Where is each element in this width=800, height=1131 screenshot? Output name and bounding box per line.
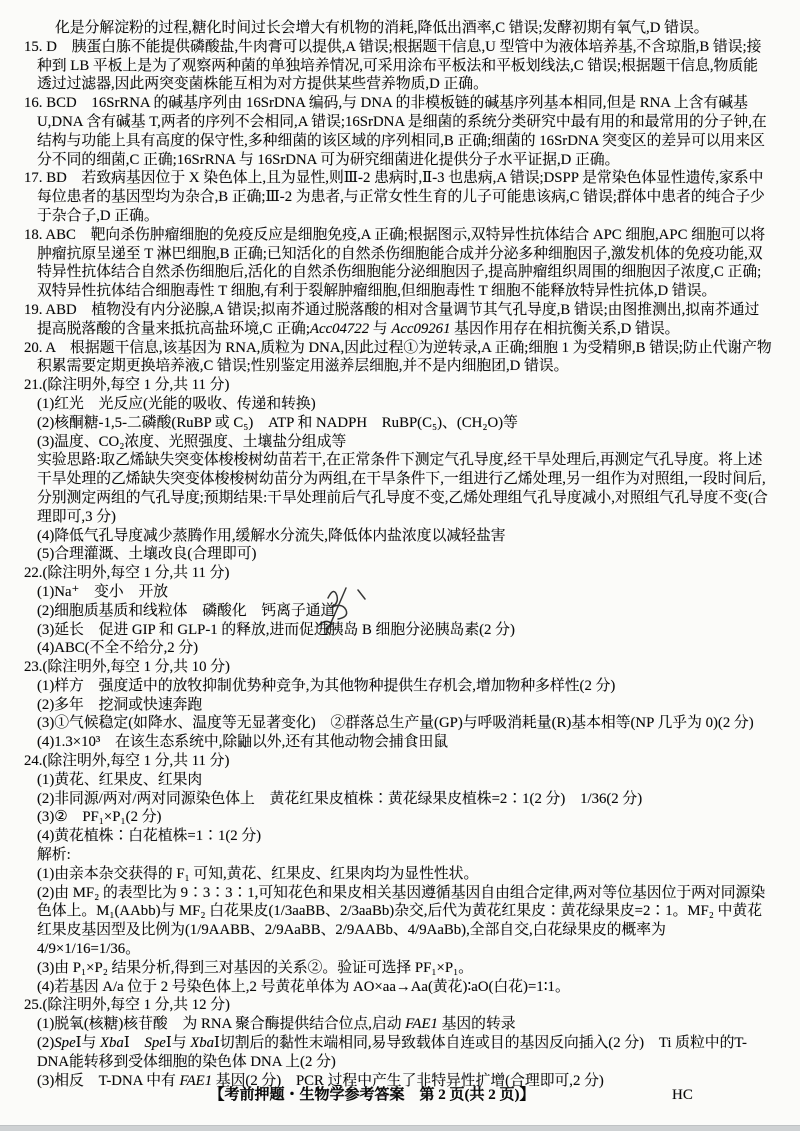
item-text: (除注明外,每空 1 分,共 11 分) bbox=[43, 377, 230, 393]
item-text: (1)脱氧(核糖)核苷酸 为 RNA 聚合酶提供结合位点,启动 FAE1 基因的… bbox=[37, 1016, 516, 1032]
item-text: (2)多年 挖洞或快速奔跑 bbox=[37, 697, 202, 713]
answer-line: (2)由 MF₂ 的表型比为 9∶3∶3∶1,可知花色和果皮相关基因遵循基因自由… bbox=[0, 884, 772, 959]
answer-line: (2)SpeⅠ与 XbaⅠ SpeⅠ与 XbaⅠ切割后的黏性末端相同,易导致载体… bbox=[0, 1034, 772, 1072]
item-text: (4)ABC(不全不给分,2 分) bbox=[37, 640, 198, 656]
item-text: (2)由 MF₂ 的表型比为 9∶3∶3∶1,可知花色和果皮相关基因遵循基因自由… bbox=[37, 885, 765, 957]
item-text: (1)由亲本杂交获得的 F₁ 可知,黄花、红果皮、红果肉均为显性性状。 bbox=[37, 866, 478, 882]
answer-line: (1)脱氧(核糖)核苷酸 为 RNA 聚合酶提供结合位点,启动 FAE1 基因的… bbox=[0, 1015, 772, 1034]
answer-line: (1)由亲本杂交获得的 F₁ 可知,黄花、红果皮、红果肉均为显性性状。 bbox=[0, 865, 772, 884]
page-footer: 【考前押题・生物学参考答案 第 2 页(共 2 页)】 HC bbox=[0, 1086, 800, 1105]
item-number: 21. bbox=[24, 377, 43, 393]
answer-line: (4)黄花植株∶白花植株=1∶1(2 分) bbox=[0, 827, 772, 846]
item-text: (1)Na⁺ 变小 开放 bbox=[37, 584, 168, 600]
item-text: ABC 靶向杀伤肿瘤细胞的免疫反应是细胞免疫,A 正确;根据图示,双特异性抗体结… bbox=[37, 227, 765, 299]
answer-line: (1)黄花、红果皮、红果肉 bbox=[0, 771, 772, 790]
item-text: 化是分解淀粉的过程,糖化时间过长会增大有机物的消耗,降低出酒率,C 错误;发酵初… bbox=[55, 20, 709, 36]
item-text: (1)红光 光反应(光能的吸收、传递和转换) bbox=[37, 396, 316, 412]
item-text: (4)黄花植株∶白花植株=1∶1(2 分) bbox=[37, 828, 261, 844]
footer-title: 【考前押题・生物学参考答案 第 2 页(共 2 页)】 bbox=[210, 1086, 535, 1105]
answer-item: 22.(除注明外,每空 1 分,共 11 分) bbox=[0, 564, 772, 583]
footer-code: HC bbox=[672, 1086, 693, 1105]
item-number: 25. bbox=[24, 997, 43, 1013]
answer-line: (3)①气候稳定(如降水、温度等无显著变化) ②群落总生产量(GP)与呼吸消耗量… bbox=[0, 714, 772, 733]
item-text: (除注明外,每空 1 分,共 11 分) bbox=[43, 753, 230, 769]
item-text: (4)若基因 A/a 位于 2 号染色体上,2 号黄花单体为 AO×aa→Aa(… bbox=[37, 979, 570, 995]
item-text: BCD 16SrRNA 的碱基序列由 16SrDNA 编码,与 DNA 的非模板… bbox=[37, 95, 767, 167]
answer-line: (3)温度、CO₂浓度、光照强度、土壤盐分组成等 bbox=[0, 433, 772, 452]
item-text: 实验思路:取乙烯缺失突变体梭梭树幼苗若干,在正常条件下测定气孔导度,经干旱处理后… bbox=[37, 452, 768, 524]
answer-line: (4)降低气孔导度减少蒸腾作用,缓解水分流失,降低体内盐浓度以减轻盐害 bbox=[0, 527, 772, 546]
answer-line: (3)由 P₁×P₂ 结果分析,得到三对基因的关系②。验证可选择 PF₁×P₁。 bbox=[0, 959, 772, 978]
answer-list: 化是分解淀粉的过程,糖化时间过长会增大有机物的消耗,降低出酒率,C 错误;发酵初… bbox=[0, 0, 800, 1090]
item-number: 18. bbox=[24, 227, 43, 243]
item-text: (1)样方 强度适中的放牧抑制优势种竞争,为其他物种提供生存机会,增加物种多样性… bbox=[37, 678, 615, 694]
answer-line: (3)延长 促进 GIP 和 GLP-1 的释放,进而促进胰岛 B 细胞分泌胰岛… bbox=[0, 621, 772, 640]
item-text: D 胰蛋白胨不能提供磷酸盐,牛肉膏可以提供,A 错误;根据题干信息,U 型管中为… bbox=[37, 39, 761, 93]
answer-item: 25.(除注明外,每空 1 分,共 12 分) bbox=[0, 996, 772, 1015]
item-text: (3)温度、CO₂浓度、光照强度、土壤盐分组成等 bbox=[37, 434, 346, 450]
item-text: BD 若致病基因位于 X 染色体上,且为显性,则Ⅲ-2 患病时,Ⅱ-3 也患病,… bbox=[37, 170, 765, 224]
item-text: (2)细胞质基质和线粒体 磷酸化 钙离子通道 bbox=[37, 603, 335, 619]
item-text: (3)延长 促进 GIP 和 GLP-1 的释放,进而促进胰岛 B 细胞分泌胰岛… bbox=[37, 622, 515, 638]
answer-item: 24.(除注明外,每空 1 分,共 11 分) bbox=[0, 752, 772, 771]
answer-line: 解析: bbox=[0, 846, 772, 865]
answer-item: 20. A 根据题干信息,该基因为 RNA,质粒为 DNA,因此过程①为逆转录,… bbox=[0, 339, 772, 377]
answer-item: 17. BD 若致病基因位于 X 染色体上,且为显性,则Ⅲ-2 患病时,Ⅱ-3 … bbox=[0, 169, 772, 225]
item-text: (除注明外,每空 1 分,共 11 分) bbox=[43, 565, 230, 581]
answer-line: 化是分解淀粉的过程,糖化时间过长会增大有机物的消耗,降低出酒率,C 错误;发酵初… bbox=[0, 19, 772, 38]
answer-line: (1)样方 强度适中的放牧抑制优势种竞争,为其他物种提供生存机会,增加物种多样性… bbox=[0, 677, 772, 696]
answer-line: (2)多年 挖洞或快速奔跑 bbox=[0, 696, 772, 715]
item-text: (除注明外,每空 1 分,共 10 分) bbox=[43, 659, 230, 675]
item-text: (2)核酮糖-1,5-二磷酸(RuBP 或 C₅) ATP 和 NADPH Ru… bbox=[37, 415, 518, 431]
answer-item: 23.(除注明外,每空 1 分,共 10 分) bbox=[0, 658, 772, 677]
item-text: (2)非同源/两对/两对同源染色体上 黄花红果皮植株∶黄花绿果皮植株=2∶1(2… bbox=[37, 791, 642, 807]
answer-line: 实验思路:取乙烯缺失突变体梭梭树幼苗若干,在正常条件下测定气孔导度,经干旱处理后… bbox=[0, 451, 772, 526]
item-text: (2)SpeⅠ与 XbaⅠ SpeⅠ与 XbaⅠ切割后的黏性末端相同,易导致载体… bbox=[37, 1035, 747, 1070]
scan-edge bbox=[0, 1125, 800, 1131]
item-number: 16. bbox=[24, 95, 43, 111]
item-text: (4)降低气孔导度减少蒸腾作用,缓解水分流失,降低体内盐浓度以减轻盐害 bbox=[37, 528, 506, 544]
item-text: (3)①气候稳定(如降水、温度等无显著变化) ②群落总生产量(GP)与呼吸消耗量… bbox=[37, 715, 754, 731]
item-text: (4)1.3×10³ 在该生态系统中,除鼬以外,还有其他动物会捕食田鼠 bbox=[37, 734, 448, 750]
item-text: ABD 植物没有内分泌腺,A 错误;拟南芥通过脱落酸的相对含量调节其气孔导度,B… bbox=[37, 302, 759, 337]
answer-line: (2)非同源/两对/两对同源染色体上 黄花红果皮植株∶黄花绿果皮植株=2∶1(2… bbox=[0, 790, 772, 809]
answer-line: (2)细胞质基质和线粒体 磷酸化 钙离子通道 bbox=[0, 602, 772, 621]
item-text: (3)② PF₁×P₁(2 分) bbox=[37, 809, 161, 825]
item-number: 23. bbox=[24, 659, 43, 675]
item-number: 22. bbox=[24, 565, 43, 581]
answer-line: (3)② PF₁×P₁(2 分) bbox=[0, 808, 772, 827]
answer-item: 19. ABD 植物没有内分泌腺,A 错误;拟南芥通过脱落酸的相对含量调节其气孔… bbox=[0, 301, 772, 339]
document-page: 化是分解淀粉的过程,糖化时间过长会增大有机物的消耗,降低出酒率,C 错误;发酵初… bbox=[0, 0, 800, 1131]
item-text: (3)由 P₁×P₂ 结果分析,得到三对基因的关系②。验证可选择 PF₁×P₁。 bbox=[37, 960, 473, 976]
answer-line: (4)1.3×10³ 在该生态系统中,除鼬以外,还有其他动物会捕食田鼠 bbox=[0, 733, 772, 752]
answer-line: (4)ABC(不全不给分,2 分) bbox=[0, 639, 772, 658]
item-number: 20. bbox=[24, 340, 43, 356]
answer-line: (1)Na⁺ 变小 开放 bbox=[0, 583, 772, 602]
item-number: 17. bbox=[24, 170, 43, 186]
item-number: 15. bbox=[24, 39, 43, 55]
answer-item: 21.(除注明外,每空 1 分,共 11 分) bbox=[0, 376, 772, 395]
item-text: (除注明外,每空 1 分,共 12 分) bbox=[43, 997, 230, 1013]
answer-line: (5)合理灌溉、土壤改良(合理即可) bbox=[0, 545, 772, 564]
item-text: 解析: bbox=[37, 847, 71, 863]
item-number: 19. bbox=[24, 302, 43, 318]
answer-line: (1)红光 光反应(光能的吸收、传递和转换) bbox=[0, 395, 772, 414]
answer-line: (2)核酮糖-1,5-二磷酸(RuBP 或 C₅) ATP 和 NADPH Ru… bbox=[0, 414, 772, 433]
answer-item: 18. ABC 靶向杀伤肿瘤细胞的免疫反应是细胞免疫,A 正确;根据图示,双特异… bbox=[0, 226, 772, 301]
item-number: 24. bbox=[24, 753, 43, 769]
answer-item: 15. D 胰蛋白胨不能提供磷酸盐,牛肉膏可以提供,A 错误;根据题干信息,U … bbox=[0, 38, 772, 94]
answer-item: 16. BCD 16SrRNA 的碱基序列由 16SrDNA 编码,与 DNA … bbox=[0, 94, 772, 169]
item-text: (5)合理灌溉、土壤改良(合理即可) bbox=[37, 546, 256, 562]
item-text: A 根据题干信息,该基因为 RNA,质粒为 DNA,因此过程①为逆转录,A 正确… bbox=[37, 340, 772, 375]
item-text: (1)黄花、红果皮、红果肉 bbox=[37, 772, 202, 788]
answer-line: (4)若基因 A/a 位于 2 号染色体上,2 号黄花单体为 AO×aa→Aa(… bbox=[0, 978, 772, 997]
